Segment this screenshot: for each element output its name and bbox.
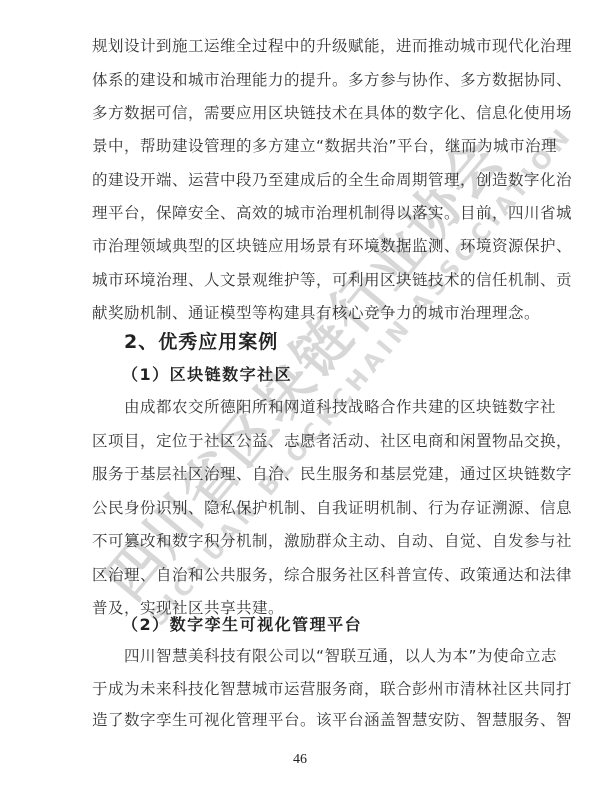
text-line: 市治理领域典型的区块链应用场景有环境数据监测、环境资源保护、	[92, 234, 510, 258]
text-line: 于成为未来科技化智慧城市运营服务商，联合彭州市清林社区共同打	[92, 677, 510, 701]
text-line: 规划设计到施工运维全过程中的升级赋能，进而推动城市现代化治理	[92, 34, 510, 58]
case-2-title: （2）数字孪生可视化管理平台	[122, 613, 362, 637]
text-line: 不可篡改和数字积分机制，激励群众主动、自动、自觉、自发参与社	[92, 529, 510, 553]
text-line: 区治理、自治和公共服务，综合服务社区科普宣传、政策通达和法律	[92, 563, 510, 587]
case-1-title: （1）区块链数字社区	[122, 363, 292, 387]
text-line: 体系的建设和城市治理能力的提升。多方参与协作、多方数据协同、	[92, 68, 510, 92]
text-line: 区项目，定位于社区公益、志愿者活动、社区电商和闲置物品交换，	[92, 429, 510, 453]
document-page: 四川省区块链行业协会 SICHUAN BLOCKCHAIN ASSOCIATIO…	[0, 0, 600, 789]
text-line: 公民身份识别、隐私保护机制、自我证明机制、行为存证溯源、信息	[92, 496, 510, 520]
text-line: 景中，帮助建设管理的多方建立“数据共治”平台，继而为城市治理	[92, 134, 510, 158]
text-line: 四川智慧美科技有限公司以“智联互通，以人为本”为使命立志	[124, 644, 510, 668]
text-line: 献奖励机制、通证模型等构建具有核心竞争力的城市治理理念。	[92, 301, 510, 325]
text-line: 由成都农交所德阳所和网道科技战略合作共建的区块链数字社	[124, 395, 510, 419]
page-number: 46	[0, 752, 600, 768]
text-line: 的建设开端、运营中段乃至建成后的全生命周期管理，创造数字化治	[92, 168, 510, 192]
text-line: 城市环境治理、人文景观维护等，可利用区块链技术的信任机制、贡	[92, 268, 510, 292]
text-line: 理平台，保障安全、高效的城市治理机制得以落实。目前，四川省城	[92, 201, 510, 225]
text-line: 服务于基层社区治理、自治、民生服务和基层党建，通过区块链数字	[92, 462, 510, 486]
text-line: 造了数字孪生可视化管理平台。该平台涵盖智慧安防、智慧服务、智	[92, 708, 510, 732]
text-line: 多方数据可信，需要应用区块链技术在具体的数字化、信息化使用场	[92, 101, 510, 125]
section-heading: 2、优秀应用案例	[124, 329, 278, 355]
